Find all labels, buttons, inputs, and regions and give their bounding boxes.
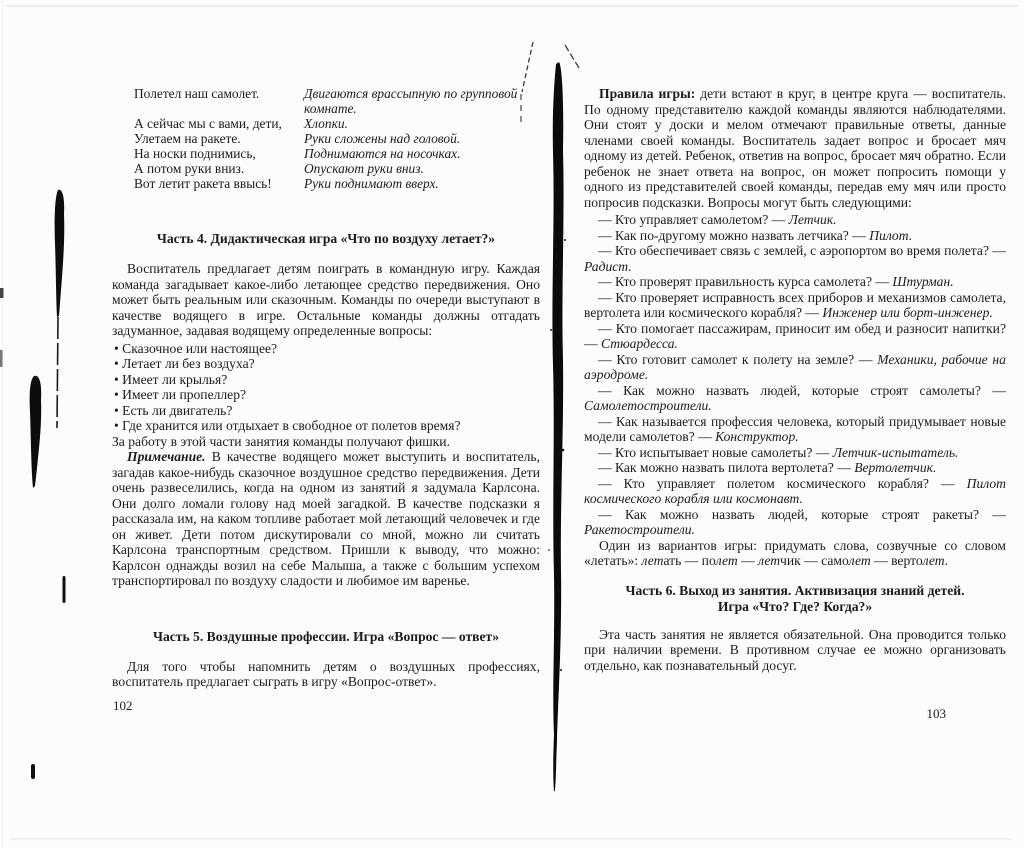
poem-cue: Улетаем на ракете.	[134, 131, 304, 146]
reward-line: За работу в этой части занятия команды п…	[112, 434, 540, 450]
question-item: • Имеет ли пропеллер?	[112, 387, 540, 403]
qa-item: — Кто управляет полетом космического кор…	[584, 476, 1006, 507]
variant-root: лет	[849, 553, 871, 568]
qa-answer: Летчик.	[789, 212, 837, 227]
qa-answer: Штурман.	[892, 274, 953, 289]
poem-row: Вот летит ракета ввысь!Руки поднимают вв…	[134, 176, 540, 191]
qa-item: — Кто помогает пассажирам, приносит им о…	[584, 321, 1006, 352]
variant-root: лет	[642, 553, 664, 568]
question-item: • Где хранится или отдыхает в свободное …	[112, 418, 540, 434]
poem-action: Руки сложены над головой.	[304, 131, 540, 146]
poem-block: Полетел наш самолет.Двигаются врассыпную…	[112, 86, 540, 191]
qa-item: — Кто проверяет исправность всех приборо…	[584, 290, 1006, 321]
qa-answer: Летчик-испытатель.	[833, 445, 959, 460]
left-page: Полетел наш самолет.Двигаются врассыпную…	[112, 86, 540, 690]
qa-answer: Самолетостроители.	[584, 398, 712, 413]
scanned-book-spread: Полетел наш самолет.Двигаются врассыпную…	[0, 0, 1024, 848]
qa-item: — Как можно назвать пилота вертолета? — …	[584, 460, 1006, 476]
heading-part6-line2: Игра «Что? Где? Когда?»	[718, 599, 872, 614]
right-page: Правила игры: дети встают в круг, в цент…	[584, 86, 1006, 673]
poem-action: Опускают руки вниз.	[304, 161, 540, 176]
note-paragraph: Примечание. В качестве водящего может вы…	[112, 449, 540, 589]
question-item: • Есть ли двигатель?	[112, 403, 540, 419]
variant-root: лет	[716, 553, 738, 568]
part4-intro: Воспитатель предлагает детям поиграть в …	[112, 261, 540, 339]
qa-item: — Как можно назвать людей, которые строя…	[584, 383, 1006, 414]
variant-paragraph: Один из вариантов игры: придумать слова,…	[584, 538, 1006, 569]
qa-item: — Кто управляет самолетом? — Летчик.	[584, 212, 1006, 228]
qa-answer: Вертолетчик.	[854, 460, 936, 475]
qa-answer: Пилот космического корабля или космонавт…	[584, 476, 1006, 507]
rules-label: Правила игры:	[599, 86, 695, 101]
qa-item: — Кто обеспечивает связь с землей, с аэр…	[584, 243, 1006, 274]
heading-part6: Часть 6. Выход из занятия. Активизация з…	[584, 583, 1006, 615]
qa-answer: Пилот.	[869, 228, 912, 243]
poem-action: Поднимаются на носочках.	[304, 146, 540, 161]
question-item: • Сказочное или настоящее?	[112, 341, 540, 357]
variant-root: лет	[758, 553, 780, 568]
question-item: • Летает ли без воздуха?	[112, 356, 540, 372]
qa-answer: Ракетостроители.	[584, 522, 695, 537]
qa-answer: Радист.	[584, 259, 632, 274]
qa-answer: Механики, рабочие на аэродроме.	[584, 352, 1006, 383]
qa-answer: Стюардесса.	[601, 336, 678, 351]
poem-cue: А потом руки вниз.	[134, 161, 304, 176]
scan-bottom-edge-line	[10, 838, 1012, 840]
poem-cue: Полетел наш самолет.	[134, 86, 304, 101]
heading-part4: Часть 4. Дидактическая игра «Что по возд…	[112, 231, 540, 247]
rules-paragraph: Правила игры: дети встают в круг, в цент…	[584, 86, 1006, 210]
poem-row: А потом руки вниз.Опускают руки вниз.	[134, 161, 540, 176]
left-margin-smudges	[0, 180, 80, 800]
qa-answer: Инженер или борт-инженер.	[822, 305, 992, 320]
part5-paragraph: Для того чтобы напомнить детям о воздушн…	[112, 659, 540, 690]
part6-paragraph: Эта часть занятия не является обязательн…	[584, 627, 1006, 674]
note-text: В качестве водящего может выступить и во…	[112, 449, 540, 588]
question-item: • Имеет ли крылья?	[112, 372, 540, 388]
page-number-left: 102	[113, 698, 133, 714]
qa-answer: Конструктор.	[715, 429, 799, 444]
poem-action: Руки поднимают вверх.	[304, 176, 540, 191]
poem-action: Хлопки.	[304, 116, 540, 131]
question-list: • Сказочное или настоящее?• Летает ли бе…	[112, 341, 540, 434]
poem-row: На носки поднимись,Поднимаются на носочк…	[134, 146, 540, 161]
qa-item: — Как можно назвать людей, которые строя…	[584, 507, 1006, 538]
poem-row: Полетел наш самолет.Двигаются врассыпную…	[134, 86, 540, 116]
scan-top-edge-line	[6, 5, 1018, 7]
poem-cue: Вот летит ракета ввысь!	[134, 176, 304, 191]
qa-item: — Как по-другому можно назвать летчика? …	[584, 228, 1006, 244]
heading-part5: Часть 5. Воздушные профессии. Игра «Вопр…	[112, 629, 540, 645]
poem-row: А сейчас мы с вами, дети,Хлопки.	[134, 116, 540, 131]
variant-root: лет	[923, 553, 945, 568]
qa-item: — Кто проверят правильность курса самоле…	[584, 274, 1006, 290]
qa-list: — Кто управляет самолетом? — Летчик.— Ка…	[584, 212, 1006, 538]
page-number-right: 103	[584, 706, 1006, 722]
poem-cue: На носки поднимись,	[134, 146, 304, 161]
rules-text: дети встают в круг, в центре круга — вос…	[584, 86, 1006, 210]
note-label: Примечание.	[127, 449, 206, 464]
qa-item: — Кто испытывает новые самолеты? — Летчи…	[584, 445, 1006, 461]
poem-action: Двигаются врассыпную по групповой комнат…	[304, 86, 540, 116]
heading-part6-line1: Часть 6. Выход из занятия. Активизация з…	[626, 583, 965, 598]
poem-cue: А сейчас мы с вами, дети,	[134, 116, 304, 131]
qa-item: — Как называется профессия человека, кот…	[584, 414, 1006, 445]
qa-item: — Кто готовит самолет к полету на земле?…	[584, 352, 1006, 383]
poem-row: Улетаем на ракете.Руки сложены над голов…	[134, 131, 540, 146]
